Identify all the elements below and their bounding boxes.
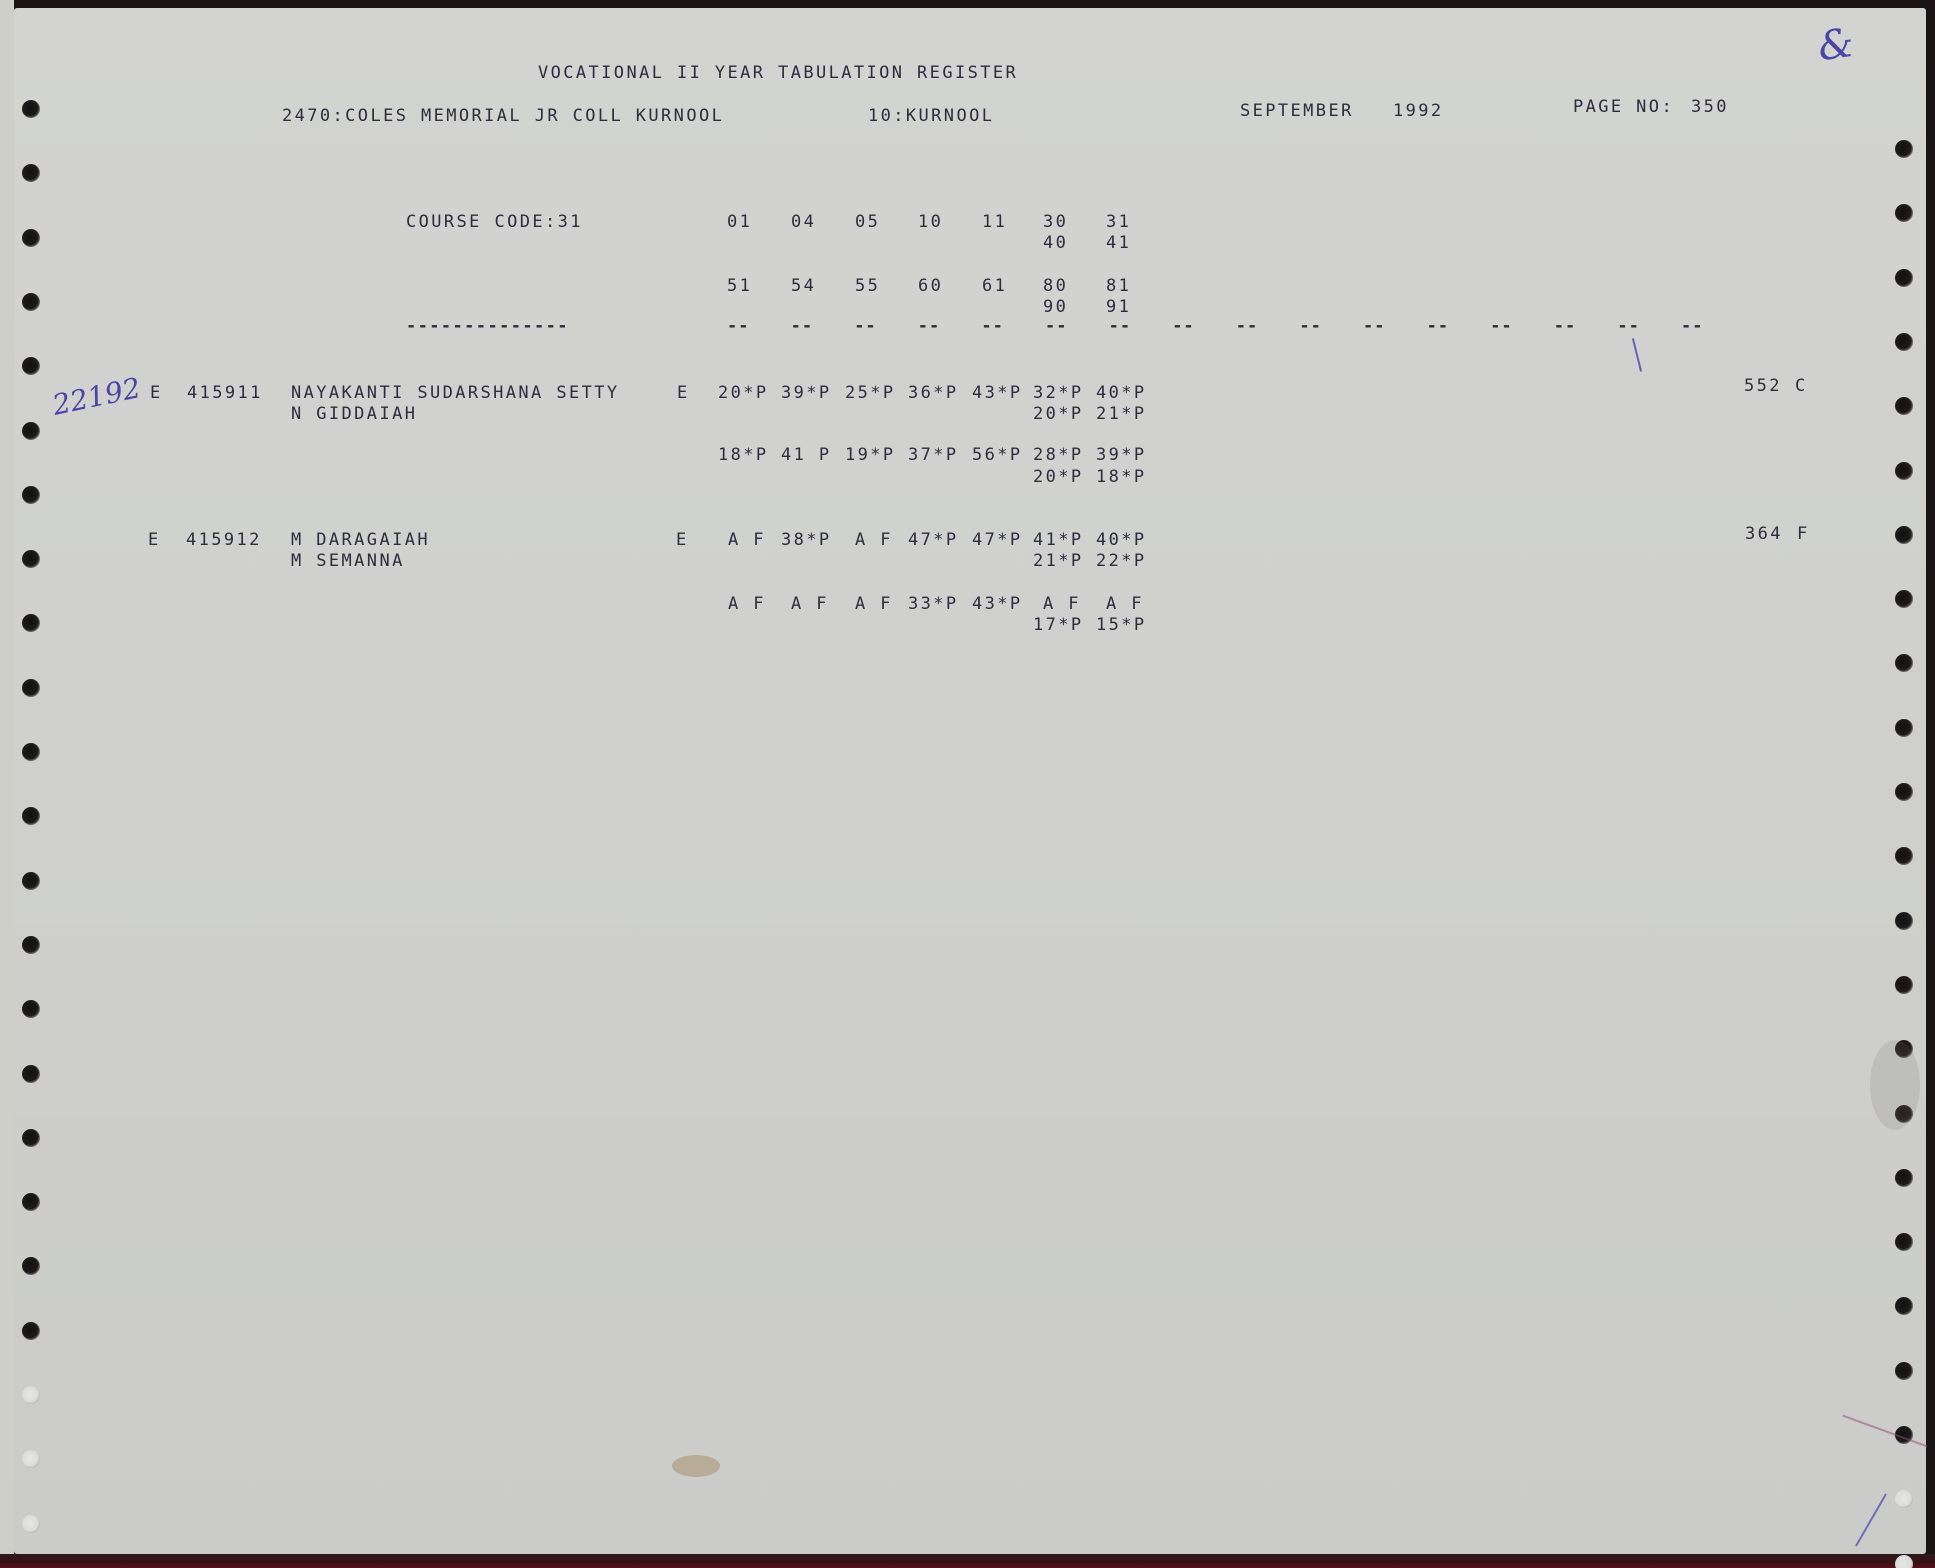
column-dash: -- <box>1109 316 1131 336</box>
perforation-hole <box>1895 976 1913 994</box>
subject-mark: 18*P <box>718 445 769 465</box>
result-grade: C <box>1795 376 1808 396</box>
subject-mark: 20*P <box>1033 404 1084 424</box>
column-dash: -- <box>1490 316 1512 336</box>
page-number: 350 <box>1691 97 1729 117</box>
perforation-hole <box>1895 1169 1913 1187</box>
subject-code: 31 <box>1106 212 1131 232</box>
subject-mark: 41*P <box>1033 530 1084 550</box>
subject-mark: A F <box>855 530 893 550</box>
subject-code: 54 <box>791 276 816 296</box>
perforation-hole <box>1895 333 1913 351</box>
father-name: N GIDDAIAH <box>291 404 417 424</box>
subject-mark: 28*P <box>1033 445 1084 465</box>
roll-number: 415912 <box>186 530 262 550</box>
result-grade: F <box>1797 524 1810 544</box>
course-underline: -------------- <box>406 316 569 336</box>
course-code-label: COURSE CODE:31 <box>406 212 583 232</box>
subject-code: 60 <box>918 276 943 296</box>
column-dash: -- <box>1236 316 1258 336</box>
subject-mark: 41 P <box>781 445 832 465</box>
subject-code: 51 <box>727 276 752 296</box>
perforation-hole <box>22 550 40 568</box>
column-dash: -- <box>1617 316 1639 336</box>
subject-mark: 32*P <box>1033 383 1084 403</box>
subject-code: 91 <box>1106 297 1131 317</box>
perforation-hole <box>22 679 40 697</box>
subject-mark: 43*P <box>972 383 1023 403</box>
column-dash: -- <box>1681 316 1703 336</box>
district-name: 10:KURNOOL <box>868 106 994 126</box>
subject-mark: 20*P <box>718 383 769 403</box>
medium-code-2: E <box>676 530 689 550</box>
perforation-hole <box>1895 462 1913 480</box>
column-dash: -- <box>1554 316 1576 336</box>
subject-code: 30 <box>1043 212 1068 232</box>
binder-edge <box>0 1554 1935 1568</box>
perforation-hole <box>1895 1233 1913 1251</box>
subject-mark: 21*P <box>1096 404 1147 424</box>
total-marks: 364 <box>1745 524 1783 544</box>
subject-mark: 40*P <box>1096 530 1147 550</box>
perforation-hole <box>1895 719 1913 737</box>
register-title: VOCATIONAL II YEAR TABULATION REGISTER <box>538 63 1018 83</box>
perforation-hole <box>1895 1362 1913 1380</box>
subject-code: 04 <box>791 212 816 232</box>
subject-mark: 39*P <box>1096 445 1147 465</box>
student-name: M DARAGAIAH <box>291 530 430 550</box>
subject-mark: 18*P <box>1096 467 1147 487</box>
medium-code-2: E <box>677 383 690 403</box>
paper-stain <box>1870 1040 1920 1130</box>
binding-strip <box>0 0 14 1568</box>
subject-code: 80 <box>1043 276 1068 296</box>
perforation-hole <box>22 486 40 504</box>
subject-mark: 40*P <box>1096 383 1147 403</box>
subject-code: 81 <box>1106 276 1131 296</box>
column-dash: -- <box>1172 316 1194 336</box>
subject-mark: 39*P <box>781 383 832 403</box>
perforation-hole <box>22 872 40 890</box>
perforation-hole <box>22 293 40 311</box>
subject-mark: 25*P <box>845 383 896 403</box>
subject-mark: 43*P <box>972 594 1023 614</box>
subject-mark: A F <box>855 594 893 614</box>
subject-mark: 33*P <box>908 594 959 614</box>
father-name: M SEMANNA <box>291 551 405 571</box>
subject-mark: A F <box>1106 594 1144 614</box>
subject-mark: 19*P <box>845 445 896 465</box>
column-dash: -- <box>1045 316 1067 336</box>
paper-stain <box>672 1455 720 1477</box>
perforation-hole <box>1895 1555 1913 1568</box>
subject-mark: 47*P <box>908 530 959 550</box>
subject-mark: 20*P <box>1033 467 1084 487</box>
exam-month: SEPTEMBER <box>1240 101 1354 121</box>
college-name: 2470:COLES MEMORIAL JR COLL KURNOOL <box>282 106 724 126</box>
perforation-hole <box>1895 140 1913 158</box>
perforation-hole <box>1895 526 1913 544</box>
subject-code: 90 <box>1043 297 1068 317</box>
perforation-hole <box>1895 269 1913 287</box>
perforation-hole <box>22 100 40 118</box>
subject-mark: 22*P <box>1096 551 1147 571</box>
subject-mark: 38*P <box>781 530 832 550</box>
exam-year: 1992 <box>1393 101 1444 121</box>
perforation-hole <box>22 936 40 954</box>
subject-mark: 17*P <box>1033 615 1084 635</box>
perforation-hole <box>22 1193 40 1211</box>
column-dash: -- <box>981 316 1003 336</box>
subject-code: 01 <box>727 212 752 232</box>
subject-code: 05 <box>855 212 880 232</box>
subject-mark: A F <box>1043 594 1081 614</box>
perforation-hole <box>1895 912 1913 930</box>
subject-mark: 37*P <box>908 445 959 465</box>
perforation-hole <box>22 1065 40 1083</box>
subject-mark: 56*P <box>972 445 1023 465</box>
column-dash: -- <box>918 316 940 336</box>
column-dash: -- <box>791 316 813 336</box>
page-label: PAGE NO: <box>1573 97 1674 117</box>
subject-mark: 21*P <box>1033 551 1084 571</box>
roll-number: 415911 <box>187 383 263 403</box>
tabulation-register-sheet <box>14 8 1926 1554</box>
perforation-hole <box>22 1322 40 1340</box>
subject-mark: 47*P <box>972 530 1023 550</box>
subject-mark: A F <box>791 594 829 614</box>
perforation-hole <box>22 1515 40 1533</box>
column-dash: -- <box>727 316 749 336</box>
subject-mark: 15*P <box>1096 615 1147 635</box>
medium-code: E <box>150 383 163 403</box>
subject-code: 10 <box>918 212 943 232</box>
perforation-hole <box>1895 783 1913 801</box>
column-dash: -- <box>1363 316 1385 336</box>
column-dash: -- <box>854 316 876 336</box>
subject-code: 61 <box>982 276 1007 296</box>
student-name: NAYAKANTI SUDARSHANA SETTY <box>291 383 620 403</box>
column-dash: -- <box>1427 316 1449 336</box>
perforation-hole <box>22 229 40 247</box>
subject-mark: 36*P <box>908 383 959 403</box>
column-dash: -- <box>1299 316 1321 336</box>
subject-code: 55 <box>855 276 880 296</box>
perforation-hole <box>22 422 40 440</box>
total-marks: 552 <box>1744 376 1782 396</box>
perforation-hole <box>22 743 40 761</box>
subject-code: 40 <box>1043 233 1068 253</box>
subject-mark: A F <box>728 530 766 550</box>
perforation-hole <box>22 1386 40 1404</box>
medium-code: E <box>148 530 161 550</box>
subject-code: 41 <box>1106 233 1131 253</box>
handwritten-initials: & <box>1815 20 1857 71</box>
perforation-hole <box>1895 590 1913 608</box>
subject-code: 11 <box>982 212 1007 232</box>
perforation-hole <box>22 1129 40 1147</box>
subject-mark: A F <box>728 594 766 614</box>
